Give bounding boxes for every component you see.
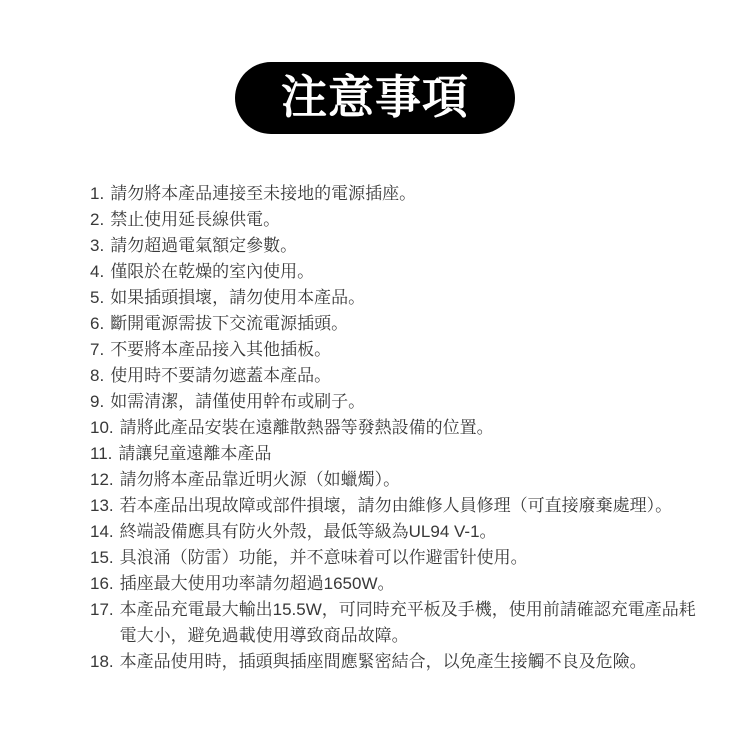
item-number: 3. xyxy=(90,233,104,259)
item-number: 15. xyxy=(90,545,114,571)
list-item: 12.請勿將本產品靠近明火源（如蠟燭）。 xyxy=(90,467,696,493)
item-text: 禁止使用延長線供電。 xyxy=(110,207,696,233)
notice-list: 1.請勿將本產品連接至未接地的電源插座。2.禁止使用延長線供電。3.請勿超過電氣… xyxy=(90,181,696,675)
title-badge: 注意事項 xyxy=(235,62,515,134)
list-item: 18.本產品使用時，插頭與插座間應緊密結合，以免產生接觸不良及危險。 xyxy=(90,649,696,675)
item-text: 請讓兒童遠離本產品 xyxy=(118,441,696,467)
list-item: 11.請讓兒童遠離本產品 xyxy=(90,441,696,467)
list-item: 13.若本產品出現故障或部件損壞，請勿由維修人員修理（可直接廢棄處理）。 xyxy=(90,493,696,519)
list-item: 1.請勿將本產品連接至未接地的電源插座。 xyxy=(90,181,696,207)
item-text: 僅限於在乾燥的室內使用。 xyxy=(110,259,696,285)
item-text: 插座最大使用功率請勿超過1650W。 xyxy=(120,571,696,597)
item-number: 1. xyxy=(90,181,104,207)
list-item: 5.如果插頭損壞，請勿使用本產品。 xyxy=(90,285,696,311)
item-text: 請勿將本產品靠近明火源（如蠟燭）。 xyxy=(120,467,696,493)
list-item: 4.僅限於在乾燥的室內使用。 xyxy=(90,259,696,285)
item-number: 14. xyxy=(90,519,114,545)
item-number: 11. xyxy=(90,441,112,467)
list-item: 2.禁止使用延長線供電。 xyxy=(90,207,696,233)
list-item: 3.請勿超過電氣額定參數。 xyxy=(90,233,696,259)
item-number: 7. xyxy=(90,337,104,363)
list-item: 7.不要將本產品接入其他插板。 xyxy=(90,337,696,363)
item-text: 本產品充電最大輸出15.5W，可同時充平板及手機，使用前請確認充電產品耗電大小，… xyxy=(120,597,696,649)
item-number: 6. xyxy=(90,311,104,337)
list-item: 9.如需清潔，請僅使用幹布或刷子。 xyxy=(90,389,696,415)
item-text: 具浪涌（防雷）功能，并不意味着可以作避雷针使用。 xyxy=(120,545,696,571)
list-item: 10.請將此產品安裝在遠離散熱器等發熱設備的位置。 xyxy=(90,415,696,441)
item-text: 請勿將本產品連接至未接地的電源插座。 xyxy=(110,181,696,207)
list-item: 14.終端設備應具有防火外殼，最低等級為UL94 V-1。 xyxy=(90,519,696,545)
item-text: 終端設備應具有防火外殼，最低等級為UL94 V-1。 xyxy=(120,519,696,545)
item-number: 2. xyxy=(90,207,104,233)
item-text: 如需清潔，請僅使用幹布或刷子。 xyxy=(110,389,696,415)
item-text: 如果插頭損壞，請勿使用本產品。 xyxy=(110,285,696,311)
item-number: 4. xyxy=(90,259,104,285)
list-item: 15.具浪涌（防雷）功能，并不意味着可以作避雷针使用。 xyxy=(90,545,696,571)
list-item: 17.本產品充電最大輸出15.5W，可同時充平板及手機，使用前請確認充電產品耗電… xyxy=(90,597,696,649)
item-number: 8. xyxy=(90,363,104,389)
item-text: 不要將本產品接入其他插板。 xyxy=(110,337,696,363)
page-title: 注意事項 xyxy=(281,74,469,122)
list-item: 6.斷開電源需拔下交流電源插頭。 xyxy=(90,311,696,337)
item-number: 9. xyxy=(90,389,104,415)
item-text: 使用時不要請勿遮蓋本產品。 xyxy=(110,363,696,389)
item-number: 12. xyxy=(90,467,114,493)
item-text: 本產品使用時，插頭與插座間應緊密結合，以免產生接觸不良及危險。 xyxy=(120,649,696,675)
item-text: 請勿超過電氣額定參數。 xyxy=(110,233,696,259)
item-number: 17. xyxy=(90,597,114,623)
item-number: 18. xyxy=(90,649,114,675)
item-number: 13. xyxy=(90,493,114,519)
item-text: 請將此產品安裝在遠離散熱器等發熱設備的位置。 xyxy=(120,415,696,441)
item-number: 16. xyxy=(90,571,114,597)
item-text: 斷開電源需拔下交流電源插頭。 xyxy=(110,311,696,337)
list-item: 16.插座最大使用功率請勿超過1650W。 xyxy=(90,571,696,597)
item-text: 若本產品出現故障或部件損壞，請勿由維修人員修理（可直接廢棄處理）。 xyxy=(120,493,696,519)
item-number: 10. xyxy=(90,415,114,441)
item-number: 5. xyxy=(90,285,104,311)
list-item: 8.使用時不要請勿遮蓋本產品。 xyxy=(90,363,696,389)
